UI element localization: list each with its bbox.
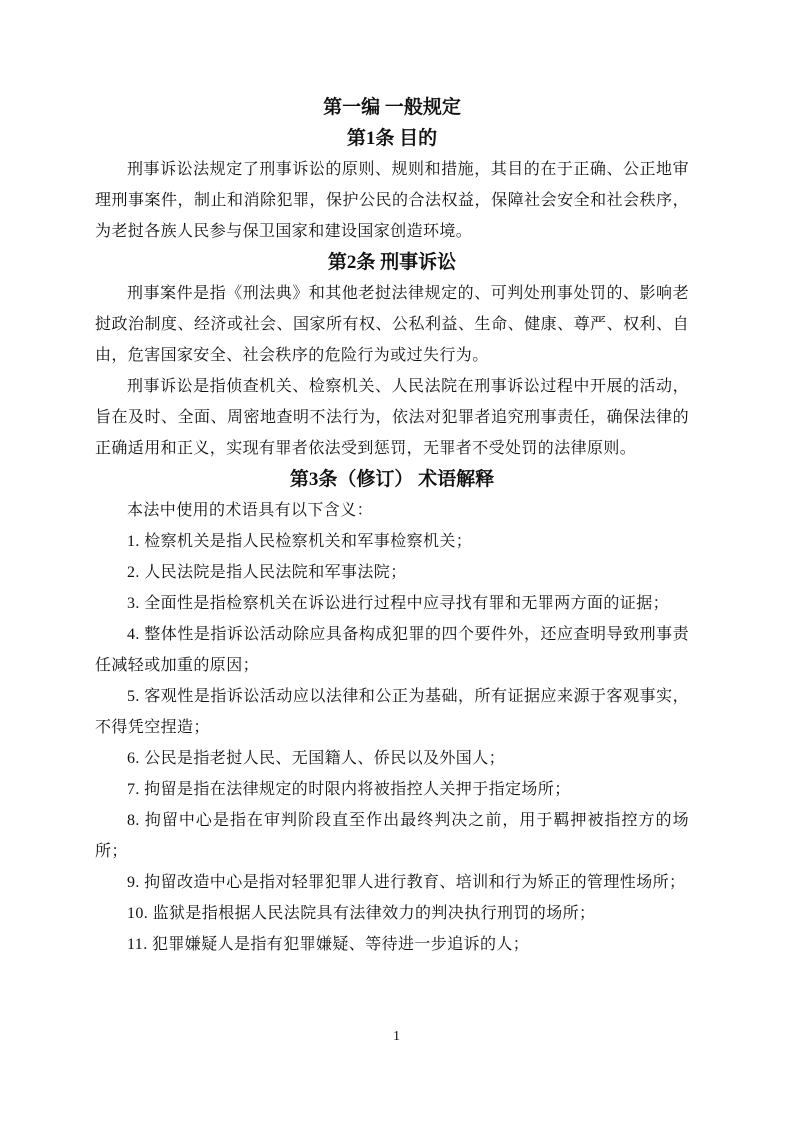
document-content: 第一编 一般规定 第1条 目的 刑事诉讼法规定了刑事诉讼的原则、规则和措施，其目… [0,0,793,960]
article-heading: 第1条 目的 [95,123,689,154]
list-item: 9. 拘留改造中心是指对轻罪犯罪人进行教育、培训和行为矫正的管理性场所； [95,867,689,898]
list-item: 3. 全面性是指检察机关在诉讼进行过程中应寻找有罪和无罪两方面的证据； [95,588,689,619]
list-item: 8. 拘留中心是指在审判阶段直至作出最终判决之前，用于羁押被指控方的场所； [95,805,689,867]
article-section-1: 第1条 目的 刑事诉讼法规定了刑事诉讼的原则、规则和措施，其目的在于正确、公正地… [95,123,689,247]
page-number: 1 [0,1028,793,1046]
part-title: 第一编 一般规定 [95,92,689,123]
paragraph: 刑事诉讼法规定了刑事诉讼的原则、规则和措施，其目的在于正确、公正地审理刑事案件，… [95,154,689,247]
article-section-3: 第3条（修订） 术语解释 本法中使用的术语具有以下含义： 1. 检察机关是指人民… [95,464,689,960]
list-item: 1. 检察机关是指人民检察机关和军事检察机关； [95,526,689,557]
list-item: 11. 犯罪嫌疑人是指有犯罪嫌疑、等待进一步追诉的人； [95,929,689,960]
list-item: 7. 拘留是指在法律规定的时限内将被指控人关押于指定场所； [95,774,689,805]
list-item: 2. 人民法院是指人民法院和军事法院； [95,557,689,588]
document-page: 第一编 一般规定 第1条 目的 刑事诉讼法规定了刑事诉讼的原则、规则和措施，其目… [0,0,793,1122]
paragraph: 本法中使用的术语具有以下含义： [95,495,689,526]
list-item: 5. 客观性是指诉讼活动应以法律和公正为基础，所有证据应来源于客观事实，不得凭空… [95,681,689,743]
list-item: 4. 整体性是指诉讼活动除应具备构成犯罪的四个要件外，还应查明导致刑事责任减轻或… [95,619,689,681]
list-item: 10. 监狱是指根据人民法院具有法律效力的判决执行刑罚的场所； [95,898,689,929]
paragraph: 刑事案件是指《刑法典》和其他老挝法律规定的、可判处刑事处罚的、影响老挝政治制度、… [95,278,689,371]
article-section-2: 第2条 刑事诉讼 刑事案件是指《刑法典》和其他老挝法律规定的、可判处刑事处罚的、… [95,247,689,464]
article-heading: 第3条（修订） 术语解释 [95,464,689,495]
paragraph: 刑事诉讼是指侦查机关、检察机关、人民法院在刑事诉讼过程中开展的活动，旨在及时、全… [95,371,689,464]
list-item: 6. 公民是指老挝人民、无国籍人、侨民以及外国人； [95,743,689,774]
article-heading: 第2条 刑事诉讼 [95,247,689,278]
